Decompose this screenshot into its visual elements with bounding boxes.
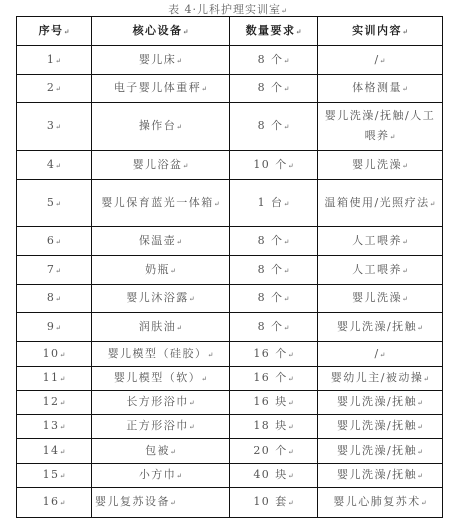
table-row: 9↵润肤油↵8 个↵婴儿洗澡/抚触↵ <box>17 313 443 342</box>
table-row: 10↵婴儿模型（硅胶）↵16 个↵/↵ <box>17 342 443 367</box>
cell-device: 包被↵ <box>92 439 230 464</box>
cell-no: 14↵ <box>17 439 92 464</box>
cell-qty: 8 个↵ <box>230 227 318 256</box>
cell-no: 10↵ <box>17 342 92 367</box>
table-row: 6↵保温壶↵8 个↵人工喂养↵ <box>17 227 443 256</box>
cell-qty: 8 个↵ <box>230 75 318 103</box>
cell-device: 保温壶↵ <box>92 227 230 256</box>
cell-content: 人工喂养↵ <box>318 227 443 256</box>
table-row: 16↵婴儿复苏设备↵10 套↵婴儿心肺复苏术↵ <box>17 488 443 518</box>
cell-content: 体格测量↵ <box>318 75 443 103</box>
cell-no: 4↵ <box>17 151 92 180</box>
cell-qty: 8 个↵ <box>230 285 318 313</box>
cell-no: 2↵ <box>17 75 92 103</box>
table-row: 1↵婴儿床↵8 个↵/↵ <box>17 46 443 75</box>
cell-content: 婴幼儿主/被动操↵ <box>318 367 443 391</box>
cell-no: 5↵ <box>17 180 92 227</box>
cell-device: 婴儿浴盆↵ <box>92 151 230 180</box>
table-row: 14↵包被↵20 个↵婴儿洗澡/抚触↵ <box>17 439 443 464</box>
cell-qty: 16 块↵ <box>230 391 318 415</box>
cell-qty: 8 个↵ <box>230 256 318 285</box>
cell-no: 11↵ <box>17 367 92 391</box>
cell-qty: 8 个↵ <box>230 103 318 151</box>
header-no: 序号↵ <box>17 17 92 46</box>
cell-device: 长方形浴巾↵ <box>92 391 230 415</box>
cell-content: 人工喂养↵ <box>318 256 443 285</box>
cell-device: 婴儿床↵ <box>92 46 230 75</box>
cell-qty: 8 个↵ <box>230 46 318 75</box>
cell-device: 婴儿模型（软）↵ <box>92 367 230 391</box>
table-row: 11↵婴儿模型（软）↵16 个↵婴幼儿主/被动操↵ <box>17 367 443 391</box>
cell-device: 操作台↵ <box>92 103 230 151</box>
table-row: 2↵电子婴儿体重秤↵8 个↵体格测量↵ <box>17 75 443 103</box>
cell-no: 6↵ <box>17 227 92 256</box>
cell-device: 婴儿模型（硅胶）↵ <box>92 342 230 367</box>
cell-content: 婴儿洗澡/抚触↵ <box>318 464 443 488</box>
cell-qty: 10 套↵ <box>230 488 318 518</box>
table-caption: 表 4·儿科护理实训室↵ <box>0 1 455 17</box>
table-row: 5↵婴儿保育蓝光一体箱↵1 台↵温箱使用/光照疗法↵ <box>17 180 443 227</box>
cell-no: 15↵ <box>17 464 92 488</box>
cell-qty: 16 个↵ <box>230 367 318 391</box>
cell-content: 婴儿心肺复苏术↵ <box>318 488 443 518</box>
cell-no: 7↵ <box>17 256 92 285</box>
cell-qty: 16 个↵ <box>230 342 318 367</box>
cell-qty: 20 个↵ <box>230 439 318 464</box>
cell-device: 婴儿沐浴露↵ <box>92 285 230 313</box>
cell-no: 16↵ <box>17 488 92 518</box>
cell-device: 婴儿复苏设备↵ <box>92 488 230 518</box>
cell-content: 温箱使用/光照疗法↵ <box>318 180 443 227</box>
cell-content: /↵ <box>318 342 443 367</box>
equipment-table: 序号↵ 核心设备↵ 数量要求↵ 实训内容↵ 1↵婴儿床↵8 个↵/↵2↵电子婴儿… <box>16 16 443 518</box>
cell-content: 婴儿洗澡/抚触↵ <box>318 391 443 415</box>
header-qty: 数量要求↵ <box>230 17 318 46</box>
header-content: 实训内容↵ <box>318 17 443 46</box>
cell-qty: 10 个↵ <box>230 151 318 180</box>
header-device: 核心设备↵ <box>92 17 230 46</box>
cell-device: 婴儿保育蓝光一体箱↵ <box>92 180 230 227</box>
header-row: 序号↵ 核心设备↵ 数量要求↵ 实训内容↵ <box>17 17 443 46</box>
cell-qty: 8 个↵ <box>230 313 318 342</box>
cell-content: 婴儿洗澡/抚触/人工喂养↵ <box>318 103 443 151</box>
table-row: 13↵正方形浴巾↵18 块↵婴儿洗澡/抚触↵ <box>17 415 443 439</box>
cell-content: /↵ <box>318 46 443 75</box>
cell-no: 3↵ <box>17 103 92 151</box>
paragraph-mark: ↵ <box>281 7 287 15</box>
cell-device: 电子婴儿体重秤↵ <box>92 75 230 103</box>
table-row: 15↵小方巾↵40 块↵婴儿洗澡/抚触↵ <box>17 464 443 488</box>
cell-no: 8↵ <box>17 285 92 313</box>
cell-qty: 1 台↵ <box>230 180 318 227</box>
table-row: 8↵婴儿沐浴露↵8 个↵婴儿洗澡↵ <box>17 285 443 313</box>
table-row: 7↵奶瓶↵8 个↵人工喂养↵ <box>17 256 443 285</box>
cell-qty: 40 块↵ <box>230 464 318 488</box>
cell-qty: 18 块↵ <box>230 415 318 439</box>
caption-text: 表 4·儿科护理实训室 <box>168 3 281 16</box>
cell-device: 正方形浴巾↵ <box>92 415 230 439</box>
cell-no: 13↵ <box>17 415 92 439</box>
cell-content: 婴儿洗澡↵ <box>318 151 443 180</box>
cell-no: 1↵ <box>17 46 92 75</box>
cell-content: 婴儿洗澡↵ <box>318 285 443 313</box>
cell-content: 婴儿洗澡/抚触↵ <box>318 415 443 439</box>
table-row: 12↵长方形浴巾↵16 块↵婴儿洗澡/抚触↵ <box>17 391 443 415</box>
cell-device: 润肤油↵ <box>92 313 230 342</box>
cell-device: 小方巾↵ <box>92 464 230 488</box>
cell-device: 奶瓶↵ <box>92 256 230 285</box>
cell-content: 婴儿洗澡/抚触↵ <box>318 313 443 342</box>
cell-no: 9↵ <box>17 313 92 342</box>
cell-content: 婴儿洗澡/抚触↵ <box>318 439 443 464</box>
table-row: 3↵操作台↵8 个↵婴儿洗澡/抚触/人工喂养↵ <box>17 103 443 151</box>
table-row: 4↵婴儿浴盆↵10 个↵婴儿洗澡↵ <box>17 151 443 180</box>
cell-no: 12↵ <box>17 391 92 415</box>
